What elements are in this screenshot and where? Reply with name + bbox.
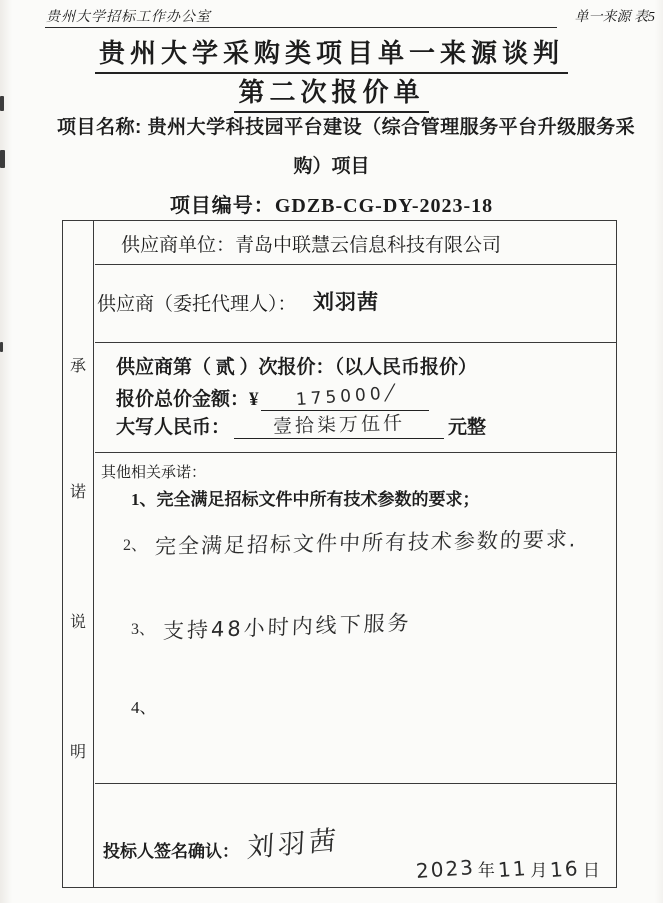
- project-number-label: 项目编号：: [170, 195, 275, 217]
- document-title-line2: 第二次报价单: [234, 72, 428, 113]
- table-side-column: 承 诺 说 明: [63, 221, 94, 887]
- commitment-item4: 4、: [131, 693, 157, 718]
- date-year-label: 年: [478, 861, 495, 880]
- handwritten-commitment-item3: 支持48小时内线下服务: [163, 607, 413, 646]
- project-number-value: GDZB-CG-DY-2023-18: [275, 195, 493, 217]
- handwritten-date-month: 11: [497, 856, 528, 882]
- commitment-item2: 2、完全满足招标文件中所有技术参数的要求.: [123, 527, 578, 557]
- quotation-table: 承 诺 说 明 供应商单位：青岛中联慧云信息科技有限公司 供应商（委托代理人）：…: [62, 220, 617, 888]
- handwritten-amount: 175000: [295, 384, 385, 410]
- quote-amount-blank: 175000/: [261, 382, 429, 411]
- quote-capital-line: 大写人民币：壹拾柒万伍仟元整: [116, 411, 486, 439]
- quote-capital-suffix: 元整: [448, 417, 486, 438]
- scan-artifact: [0, 96, 4, 111]
- date-day-label: 日: [583, 861, 600, 880]
- handwritten-date-day: 16: [550, 856, 581, 882]
- handwritten-date-year: 2023: [415, 855, 475, 883]
- signature-date: 2023年11月16日: [413, 856, 600, 881]
- handwritten-capital-amount: 壹拾柒万伍仟: [273, 408, 406, 438]
- commitment-heading: 其他相关承诺：: [101, 461, 206, 482]
- header-rule: [45, 27, 557, 28]
- handwritten-signature: 刘羽茜: [246, 818, 341, 865]
- side-char-shuo: 说: [63, 609, 93, 632]
- date-month-label: 月: [530, 861, 547, 880]
- signature-row: 投标人签名确认： 刘羽茜 2023年11月16日: [95, 784, 616, 889]
- project-name-text: 贵州大学科技园平台建设（综合管理服务平台升级服务采: [148, 117, 636, 138]
- side-char-nuo: 诺: [63, 479, 93, 502]
- quote-row: 供应商第（ 贰 ）次报价：（以人民币报价） 报价总价金额：¥175000/ 大写…: [95, 343, 616, 453]
- quote-capital-blank: 壹拾柒万伍仟: [234, 411, 444, 439]
- side-char-ming: 明: [63, 739, 93, 762]
- header-form-label: 单一来源 表5: [575, 6, 656, 26]
- project-name-label: 项目名称:: [57, 117, 142, 138]
- document-title-line2-wrap: 第二次报价单: [0, 72, 663, 113]
- signature-label: 投标人签名确认：: [103, 837, 239, 862]
- side-char-cheng: 承: [63, 353, 93, 376]
- quote-capital-label: 大写人民币：: [116, 417, 230, 438]
- quote-amount-line: 报价总价金额：¥175000/: [116, 382, 429, 411]
- scanned-document-page: 贵州大学招标工作办公室 单一来源 表5 贵州大学采购类项目单一来源谈判 第二次报…: [0, 0, 663, 903]
- agent-name: 刘羽茜: [313, 286, 379, 316]
- scan-artifact: [0, 150, 5, 168]
- document-title-line1-wrap: 贵州大学采购类项目单一来源谈判: [0, 33, 663, 74]
- commitment-item1: 1、完全满足招标文件中所有技术参数的要求；: [131, 485, 480, 510]
- quote-amount-label: 报价总价金额：¥: [116, 389, 259, 410]
- project-name-line2: 购）项目: [0, 151, 663, 178]
- supplier-unit-label: 供应商单位：: [121, 235, 235, 256]
- project-name-line1: 项目名称: 贵州大学科技园平台建设（综合管理服务平台升级服务采: [57, 112, 635, 139]
- handwritten-amount-slash: /: [383, 378, 397, 407]
- header-office-name: 贵州大学招标工作办公室: [46, 6, 211, 26]
- commitment-row: 其他相关承诺： 1、完全满足招标文件中所有技术参数的要求； 2、完全满足招标文件…: [95, 453, 616, 784]
- agent-label: 供应商（委托代理人）：: [97, 289, 297, 316]
- commitment-item3: 3、支持48小时内线下服务: [131, 611, 412, 641]
- project-number-line: 项目编号：GDZB-CG-DY-2023-18: [0, 189, 663, 218]
- commitment-item2-number: 2、: [123, 532, 147, 555]
- handwritten-commitment-item2: 完全满足招标文件中所有技术参数的要求.: [154, 523, 578, 560]
- supplier-unit-value: 青岛中联慧云信息科技有限公司: [235, 235, 501, 256]
- scan-artifact: [0, 342, 3, 352]
- commitment-item3-number: 3、: [131, 616, 155, 639]
- supplier-unit-text: 供应商单位：青岛中联慧云信息科技有限公司: [121, 230, 501, 257]
- document-title-line1: 贵州大学采购类项目单一来源谈判: [95, 33, 568, 74]
- quote-round-line: 供应商第（ 贰 ）次报价：（以人民币报价）: [116, 352, 477, 379]
- supplier-unit-row: 供应商单位：青岛中联慧云信息科技有限公司: [95, 221, 616, 265]
- agent-row: 供应商（委托代理人）： 刘羽茜: [95, 265, 616, 343]
